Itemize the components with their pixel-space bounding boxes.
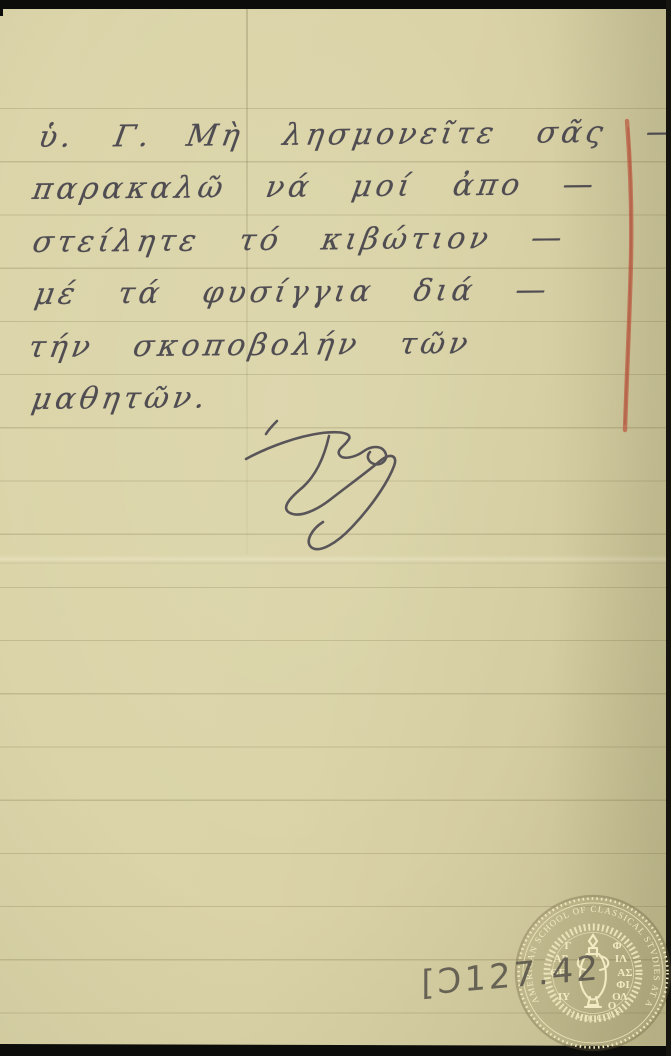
svg-text:ΑΣ: ΑΣ	[617, 967, 632, 979]
postscript-label: ὑ. Γ.	[36, 119, 156, 155]
handwriting-line-5: τήν σκοποβολήν τῶν	[26, 326, 474, 365]
scanned-letter-page: ὑ. Γ.Μὴ λησμονεῖτε σᾶς — παρακαλῶ νά μοί…	[0, 0, 671, 1056]
svg-text:ΙΛ: ΙΛ	[615, 953, 627, 965]
handwriting-line-1: ὑ. Γ.Μὴ λησμονεῖτε σᾶς —	[36, 114, 671, 155]
handwriting-line-6: μαθητῶν.	[29, 380, 212, 417]
svg-text:Ο: Ο	[608, 1000, 617, 1012]
handwriting-line-4: μέ τά φυσίγγια διά —	[32, 273, 553, 312]
handwriting-text: Μὴ λησμονεῖτε σᾶς —	[184, 114, 671, 153]
signature-flourish	[246, 421, 395, 549]
svg-text:Φ: Φ	[612, 940, 621, 952]
svg-text:ΙΥ: ΙΥ	[558, 991, 570, 1003]
horizontal-fold-band	[0, 555, 671, 564]
handwriting-line-3: στείλητε τό κιβώτιον —	[30, 220, 568, 260]
scan-edge-left-notch	[0, 0, 3, 16]
handwriting-line-2: παρακαλῶ νά μοί ἀπο —	[30, 167, 600, 207]
scan-edge-top	[0, 0, 671, 9]
svg-text:ΦΙ: ΦΙ	[616, 979, 629, 991]
red-margin-line	[625, 121, 631, 430]
